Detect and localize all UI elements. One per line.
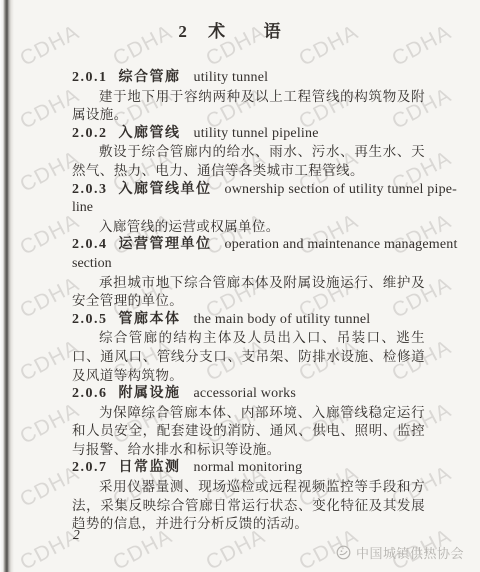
term-chinese: 日常监测 <box>119 460 181 475</box>
term-section: 2.0.2入廊管线utility tunnel pipeline敷设于综合管廊内… <box>72 125 425 181</box>
term-english: accessorial works <box>194 386 297 401</box>
term-heading: 2.0.1综合管廊utility tunnel <box>72 69 425 88</box>
footer-brand: 中国城镇供热协会 <box>336 543 464 562</box>
term-section: 2.0.5管廊本体the main body of utility tunnel… <box>72 311 425 385</box>
term-chinese: 综合管廊 <box>119 70 181 85</box>
chapter-title: 2 术 语 <box>72 20 391 43</box>
term-english: the main body of utility tunnel <box>194 312 371 327</box>
term-section: 2.0.6附属设施accessorial works为保障综合管廊本体、内部环境… <box>72 385 425 459</box>
term-number: 2.0.5 <box>72 312 108 327</box>
term-section: 2.0.1综合管廊utility tunnel建于地下用于容纳两种及以上工程管线… <box>72 69 425 125</box>
term-heading: 2.0.5管廊本体the main body of utility tunnel <box>72 311 425 330</box>
cdha-logo-icon <box>336 545 351 560</box>
footer-org-name: 中国城镇供热协会 <box>356 543 464 562</box>
term-english-continuation: line <box>72 199 425 218</box>
term-english: normal monitoring <box>194 460 303 475</box>
term-definition: 建于地下用于容纳两种及以上工程管线的构筑物及附属设施。 <box>72 88 425 125</box>
term-section: 2.0.3入廊管线单位ownership section of utility … <box>72 181 425 237</box>
term-english-continuation: section <box>72 255 425 274</box>
term-chinese: 附属设施 <box>119 386 181 401</box>
document-body: 2 术 语 2.0.1综合管廊utility tunnel建于地下用于容纳两种及… <box>72 20 425 534</box>
term-english: utility tunnel pipeline <box>194 126 319 141</box>
term-number: 2.0.7 <box>72 460 108 475</box>
term-chinese: 入廊管线单位 <box>119 182 212 197</box>
term-definition: 综合管廊的结构主体及人员出入口、吊装口、逃生口、通风口、管线分支口、支吊架、防排… <box>72 329 425 385</box>
term-definition: 承担城市地下综合管廊本体及附属设施运行、维护及安全管理的单位。 <box>72 274 425 311</box>
term-number: 2.0.6 <box>72 386 108 401</box>
term-chinese: 入廊管线 <box>119 126 181 141</box>
page-edge-shadow <box>0 0 14 572</box>
term-number: 2.0.3 <box>72 182 108 197</box>
term-section: 2.0.4运营管理单位operation and maintenance man… <box>72 236 425 310</box>
term-definition: 敷设于综合管廊内的给水、雨水、污水、再生水、天然气、热力、电力、通信等各类城市工… <box>72 143 425 180</box>
term-number: 2.0.4 <box>72 237 108 252</box>
term-heading: 2.0.2入廊管线utility tunnel pipeline <box>72 125 425 144</box>
term-number: 2.0.1 <box>72 70 108 85</box>
term-heading: 2.0.7日常监测normal monitoring <box>72 459 425 478</box>
term-definition: 入廊管线的运营或权属单位。 <box>72 218 425 237</box>
page-number: 2 <box>73 527 80 543</box>
term-chinese: 管廊本体 <box>119 312 181 327</box>
term-definition: 采用仪器量测、现场巡检或远程视频监控等手段和方法，采集反映综合管廊日常运行状态、… <box>72 478 425 534</box>
term-heading: 2.0.4运营管理单位operation and maintenance man… <box>72 236 425 255</box>
term-english: operation and maintenance management <box>225 237 458 252</box>
term-english: utility tunnel <box>194 70 269 85</box>
term-chinese: 运营管理单位 <box>119 237 212 252</box>
term-heading: 2.0.6附属设施accessorial works <box>72 385 425 404</box>
term-number: 2.0.2 <box>72 126 108 141</box>
term-english: ownership section of utility tunnel pipe… <box>225 182 458 197</box>
term-definition: 为保障综合管廊本体、内部环境、入廊管线稳定运行和人员安全，配套建设的消防、通风、… <box>72 404 425 460</box>
term-section: 2.0.7日常监测normal monitoring采用仪器量测、现场巡检或远程… <box>72 459 425 533</box>
term-heading: 2.0.3入廊管线单位ownership section of utility … <box>72 181 425 200</box>
